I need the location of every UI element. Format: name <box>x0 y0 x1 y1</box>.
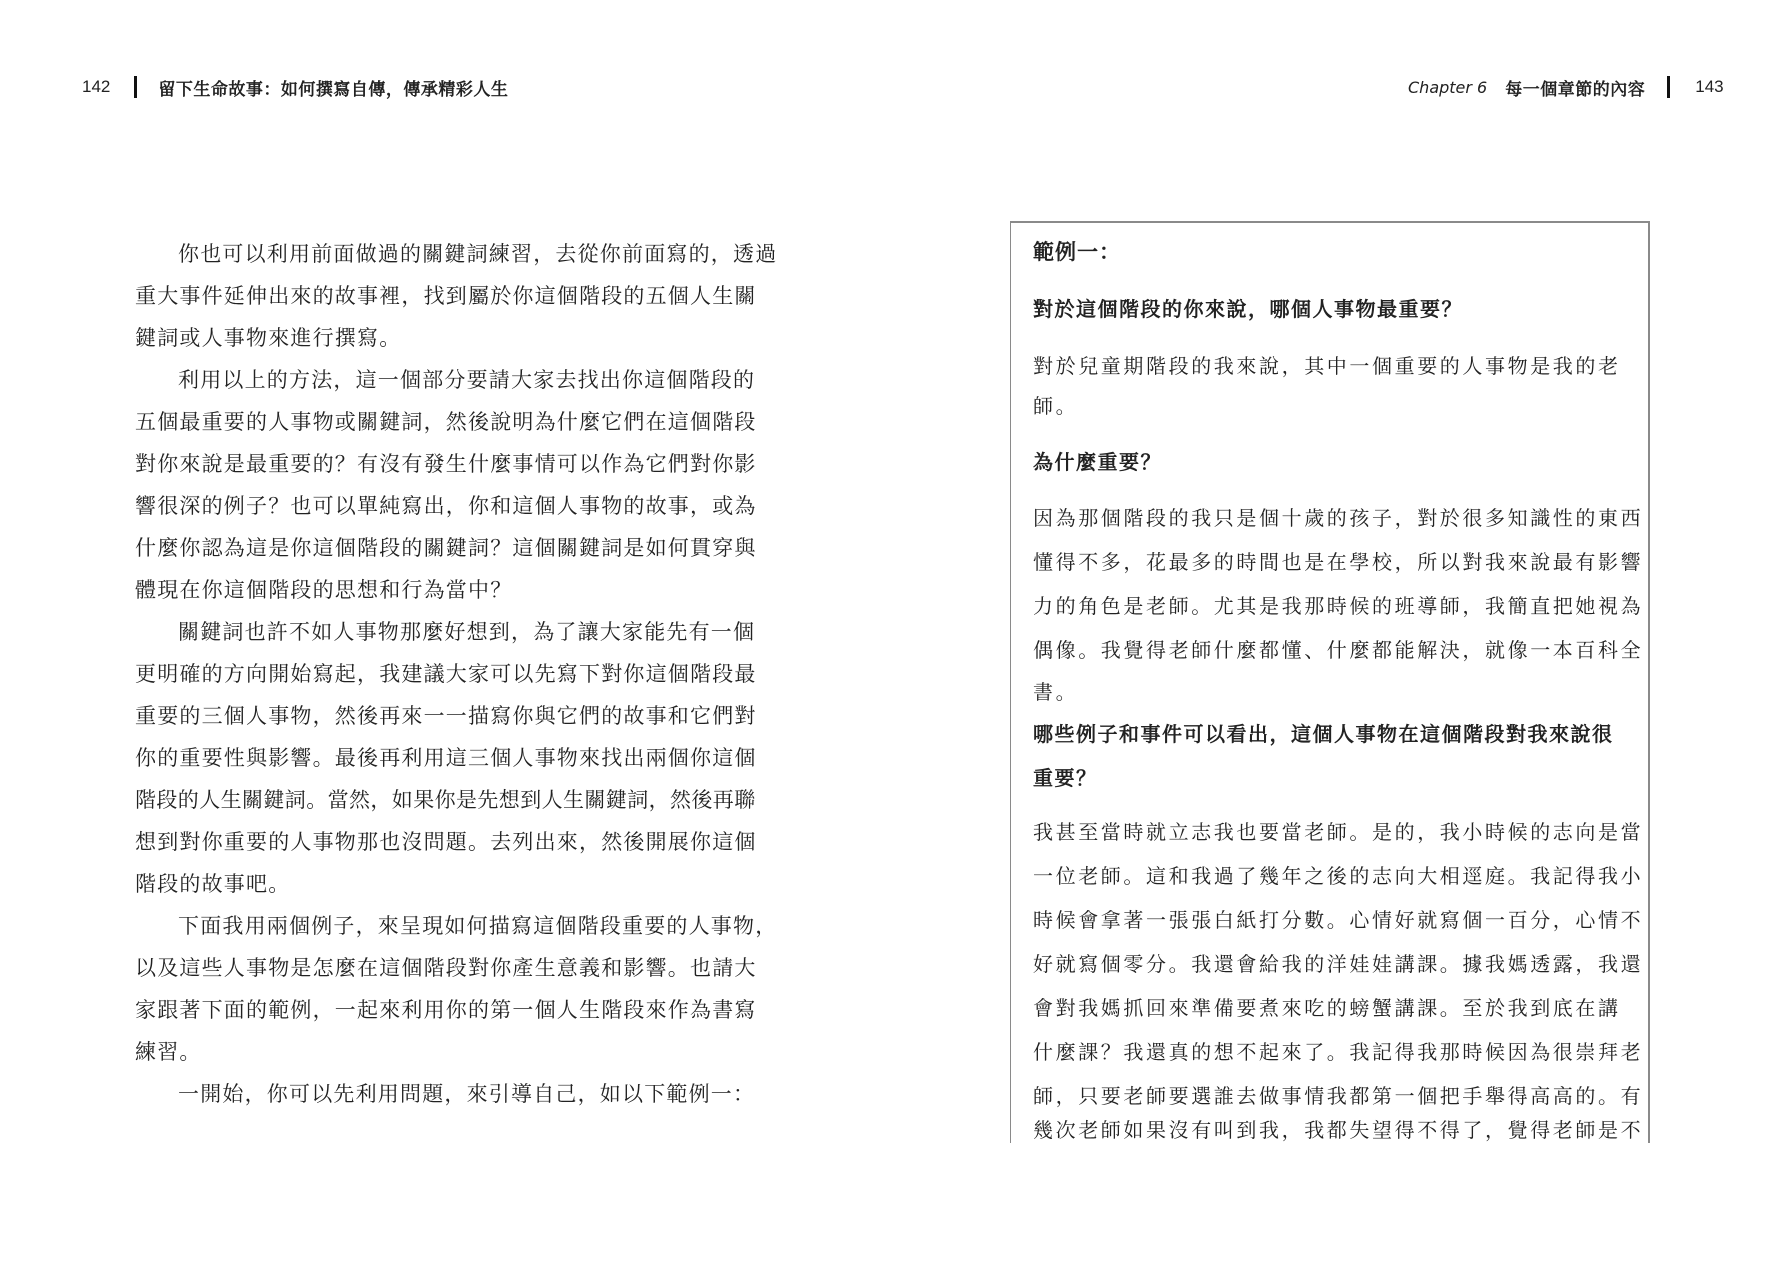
answer-line: 我甚至當時就立志我也要當老師。是的，我小時候的志向是當 <box>1033 816 1643 845</box>
text-line: 體現在你這個階段的思想和行為當中？ <box>135 574 512 604</box>
question-heading: 對於這個階段的你來說，哪個人事物最重要？ <box>1033 293 1463 322</box>
question-heading: 重要？ <box>1033 762 1098 791</box>
text-line: 練習。 <box>135 1036 202 1066</box>
text-line: 你也可以利用前面做過的關鍵詞練習，去從你前面寫的，透過 <box>178 238 777 268</box>
text-line: 重要的三個人事物，然後再來一一描寫你與它們的故事和它們對 <box>135 700 757 730</box>
answer-line: 好就寫個零分。我還會給我的洋娃娃講課。據我媽透露，我還 <box>1033 948 1643 977</box>
text-line: 更明確的方向開始寫起，我建議大家可以先寫下對你這個階段最 <box>135 658 757 688</box>
page-number-right: 143 <box>1695 77 1723 97</box>
answer-line: 因為那個階段的我只是個十歲的孩子，對於很多知識性的東西 <box>1033 502 1643 531</box>
header-divider <box>134 76 137 98</box>
text-line: 階段的故事吧。 <box>135 868 290 898</box>
question-heading: 為什麼重要？ <box>1033 446 1162 475</box>
text-line: 響很深的例子？也可以單純寫出，你和這個人事物的故事，或為 <box>135 490 757 520</box>
text-line: 你的重要性與影響。最後再利用這三個人事物來找出兩個你這個 <box>135 742 757 772</box>
question-heading: 哪些例子和事件可以看出，這個人事物在這個階段對我來說很 <box>1033 718 1614 747</box>
text-line: 家跟著下面的範例，一起來利用你的第一個人生階段來作為書寫 <box>135 994 757 1024</box>
book-title: 留下生命故事：如何撰寫自傳，傳承精彩人生 <box>158 75 508 100</box>
answer-line: 時候會拿著一張張白紙打分數。心情好就寫個一百分，心情不 <box>1033 904 1643 933</box>
answer-line: 什麼課？我還真的想不起來了。我記得我那時候因為很崇拜老 <box>1033 1036 1643 1065</box>
text-line: 重大事件延伸出來的故事裡，找到屬於你這個階段的五個人生關 <box>135 280 757 310</box>
answer-line: 會對我媽抓回來準備要煮來吃的螃蟹講課。至於我到底在講 <box>1033 992 1621 1021</box>
answer-line: 一位老師。這和我過了幾年之後的志向大相逕庭。我記得我小 <box>1033 860 1643 889</box>
page-number-left: 142 <box>82 77 110 97</box>
left-running-header: 142 留下生命故事：如何撰寫自傳，傳承精彩人生 <box>82 72 508 102</box>
text-line: 想到對你重要的人事物那也沒問題。去列出來，然後開展你這個 <box>135 826 757 856</box>
answer-line: 幾次老師如果沒有叫到我，我都失望得不得了，覺得老師是不 <box>1033 1114 1643 1143</box>
header-divider <box>1667 76 1670 98</box>
text-line: 對你來說是最重要的？有沒有發生什麼事情可以作為它們對你影 <box>135 448 757 478</box>
left-page: 142 留下生命故事：如何撰寫自傳，傳承精彩人生 你也可以利用前面做過的關鍵詞練… <box>0 0 892 1276</box>
answer-line: 書。 <box>1033 676 1078 705</box>
chapter-label: Chapter 6 <box>1408 78 1487 97</box>
text-line: 五個最重要的人事物或關鍵詞，然後說明為什麼它們在這個階段 <box>135 406 757 436</box>
right-running-header: Chapter 6 每一個章節的內容 143 <box>1408 72 1724 102</box>
text-line: 下面我用兩個例子，來呈現如何描寫這個階段重要的人事物， <box>178 910 777 940</box>
text-line: 什麼你認為這是你這個階段的關鍵詞？這個關鍵詞是如何貫穿與 <box>135 532 757 562</box>
text-line: 一開始，你可以先利用問題，來引導自己，如以下範例一： <box>178 1078 755 1108</box>
text-line: 以及這些人事物是怎麼在這個階段對你產生意義和影響。也請大 <box>135 952 757 982</box>
answer-line: 懂得不多，花最多的時間也是在學校，所以對我來說最有影響 <box>1033 546 1643 575</box>
text-line: 關鍵詞也許不如人事物那麼好想到，為了讓大家能先有一個 <box>178 616 755 646</box>
text-line: 利用以上的方法，這一個部分要請大家去找出你這個階段的 <box>178 364 755 394</box>
chapter-title: 每一個章節的內容 <box>1505 75 1645 100</box>
answer-line: 師。 <box>1033 390 1078 419</box>
answer-line: 偶像。我覺得老師什麼都懂、什麼都能解決，就像一本百科全 <box>1033 634 1643 663</box>
text-line: 鍵詞或人事物來進行撰寫。 <box>135 322 401 352</box>
answer-line: 力的角色是老師。尤其是我那時候的班導師，我簡直把她視為 <box>1033 590 1643 619</box>
text-line: 階段的人生關鍵詞。當然，如果你是先想到人生關鍵詞，然後再聯 <box>135 784 756 814</box>
answer-line: 師，只要老師要選誰去做事情我都第一個把手舉得高高的。有 <box>1033 1080 1643 1109</box>
example-title: 範例一： <box>1033 236 1121 266</box>
answer-line: 對於兒童期階段的我來說，其中一個重要的人事物是我的老 <box>1033 350 1621 379</box>
